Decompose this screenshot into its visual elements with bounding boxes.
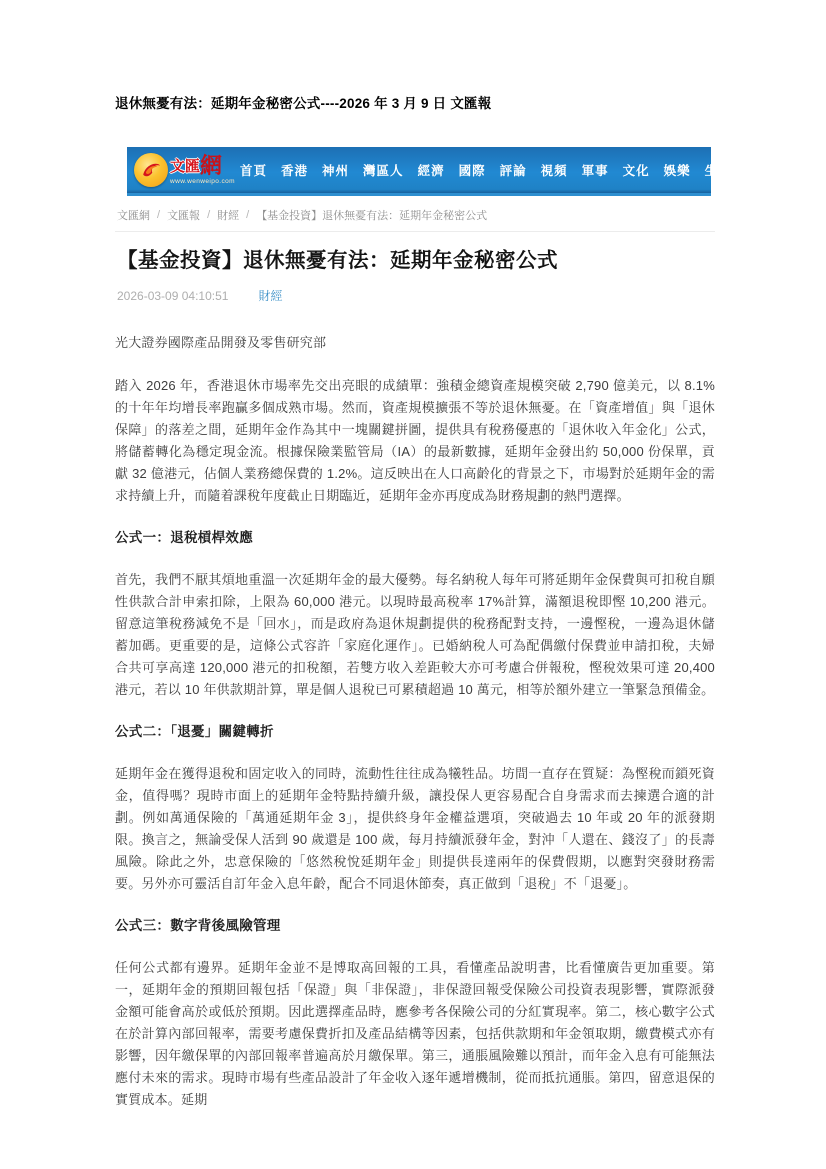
site-logo[interactable]: 文匯網 www.wenweipo.com bbox=[127, 153, 230, 187]
nav-item-10[interactable]: 文化 bbox=[621, 157, 652, 183]
article-meta: 2026-03-09 04:10:51 財經 bbox=[117, 287, 715, 304]
nav-item-2[interactable]: 香港 bbox=[279, 157, 310, 183]
document-title: 退休無憂有法：延期年金秘密公式----2026 年 3 月 9 日 文匯報 bbox=[115, 94, 715, 114]
publish-timestamp: 2026-03-09 04:10:51 bbox=[117, 289, 228, 303]
nav-item-3[interactable]: 神州 bbox=[320, 157, 351, 183]
breadcrumb: 文匯網/文匯報/財經/【基金投資】退休無憂有法：延期年金秘密公式 bbox=[115, 207, 715, 232]
section-heading: 公式一：退稅槓桿效應 bbox=[115, 528, 715, 548]
nav-item-5[interactable]: 經濟 bbox=[416, 157, 447, 183]
breadcrumb-separator: / bbox=[157, 209, 160, 221]
logo-name-suffix: 網 bbox=[200, 153, 222, 178]
article-paragraph: 任何公式都有邊界。延期年金並不是博取高回報的工具，看懂產品說明書，比看懂廣告更加… bbox=[115, 957, 715, 1111]
category-link[interactable]: 財經 bbox=[258, 287, 282, 304]
nav-item-7[interactable]: 評論 bbox=[498, 157, 529, 183]
breadcrumb-current: 【基金投資】退休無憂有法：延期年金秘密公式 bbox=[256, 207, 487, 223]
nav-item-11[interactable]: 娛樂 bbox=[662, 157, 693, 183]
breadcrumb-link-1[interactable]: 文匯網 bbox=[117, 207, 150, 223]
logo-text: 文匯網 www.wenweipo.com bbox=[170, 155, 235, 186]
logo-url-text: www.wenweipo.com bbox=[170, 179, 235, 186]
article-paragraph: 首先，我們不厭其煩地重溫一次延期年金的最大優勢。每名納稅人每年可將延期年金保費與… bbox=[115, 569, 715, 701]
breadcrumb-link-3[interactable]: 財經 bbox=[217, 207, 239, 223]
article-body: 光大證券國際產品開發及零售研究部踏入 2026 年，香港退休市場率先交出亮眼的成… bbox=[115, 332, 715, 1111]
section-heading: 公式三：數字背後風險管理 bbox=[115, 916, 715, 936]
content-column: 退休無憂有法：延期年金秘密公式----2026 年 3 月 9 日 文匯報 文匯… bbox=[115, 0, 715, 1132]
logo-name-prefix: 文匯 bbox=[170, 158, 200, 175]
section-heading: 公式二：「退憂」關鍵轉折 bbox=[115, 722, 715, 742]
phoenix-logo-icon bbox=[134, 153, 168, 187]
page: 退休無憂有法：延期年金秘密公式----2026 年 3 月 9 日 文匯報 文匯… bbox=[0, 0, 826, 1169]
nav-item-12[interactable]: 生活 bbox=[703, 157, 734, 183]
breadcrumb-separator: / bbox=[207, 209, 210, 221]
nav-item-1[interactable]: 首頁 bbox=[238, 157, 269, 183]
nav-item-9[interactable]: 軍事 bbox=[580, 157, 611, 183]
main-navigation: 首頁香港神州灣區人經濟國際評論視頻軍事文化娛樂生活 bbox=[238, 157, 734, 183]
author-line: 光大證券國際產品開發及零售研究部 bbox=[115, 332, 715, 354]
article-title: 【基金投資】退休無憂有法：延期年金秘密公式 bbox=[117, 246, 715, 276]
site-header-banner: 文匯網 www.wenweipo.com 首頁香港神州灣區人經濟國際評論視頻軍事… bbox=[127, 147, 711, 196]
article-paragraph: 延期年金在獲得退稅和固定收入的同時，流動性往往成為犧牲品。坊間一直存在質疑：為慳… bbox=[115, 763, 715, 895]
nav-item-8[interactable]: 視頻 bbox=[539, 157, 570, 183]
article-paragraph: 踏入 2026 年，香港退休市場率先交出亮眼的成績單：強積金總資產規模突破 2,… bbox=[115, 375, 715, 507]
nav-item-6[interactable]: 國際 bbox=[457, 157, 488, 183]
nav-item-4[interactable]: 灣區人 bbox=[361, 157, 406, 183]
breadcrumb-link-2[interactable]: 文匯報 bbox=[167, 207, 200, 223]
breadcrumb-separator: / bbox=[246, 209, 249, 221]
